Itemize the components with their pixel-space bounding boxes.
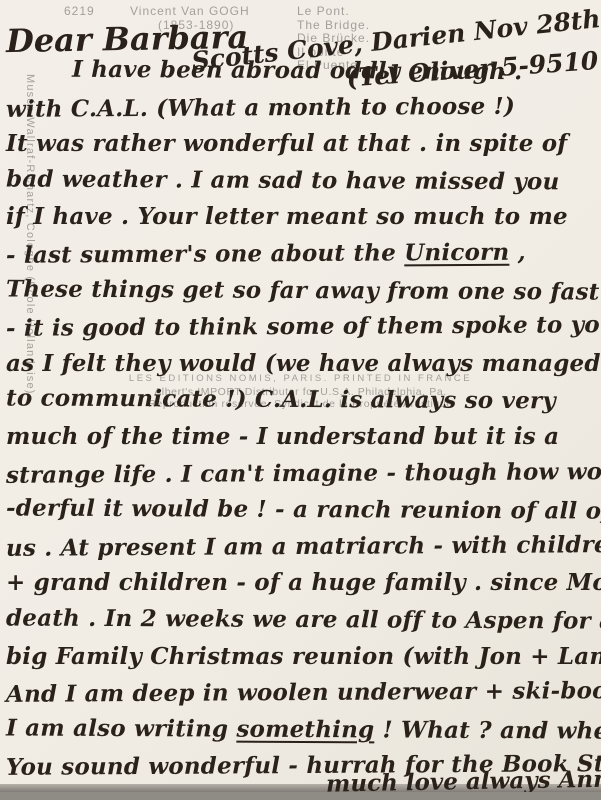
letter-line: I have been abroad oddly enough . xyxy=(6,55,600,95)
line-text: - last summer's one about the xyxy=(6,239,404,268)
line-text: ! What ? and when ? xyxy=(374,716,601,744)
catalog-number: 6219 xyxy=(64,4,95,18)
line-text: , xyxy=(509,239,526,266)
postcard-back: 6219 Vincent Van GOGH Le Pont. (1853-189… xyxy=(0,0,601,792)
letter-line: big Family Christmas reunion (with Jon +… xyxy=(6,643,600,680)
letter-line: death . In 2 weeks we are all off to Asp… xyxy=(6,604,600,644)
letter-signoff: much love always Anne xyxy=(326,765,601,792)
letter-line: -derful it would be ! - a ranch reunion … xyxy=(6,495,600,535)
letter-line: us . At present I am a matriarch - with … xyxy=(6,531,600,571)
underlined-word: Unicorn xyxy=(404,239,509,267)
letter-line: with C.A.L. (What a month to choose !) xyxy=(6,92,600,132)
line-text: I am also writing xyxy=(6,714,237,742)
letter-line: - last summer's one about the Unicorn , xyxy=(6,238,600,278)
letter-line: if I have . Your letter meant so much to… xyxy=(6,203,600,240)
letter-line: + grand children - of a huge family . si… xyxy=(6,569,600,606)
letter-line: bad weather . I am sad to have missed yo… xyxy=(6,165,600,205)
postcard-letter-scan: { "postcard_print": { "catalog_number": … xyxy=(0,0,601,800)
letter-line: much of the time - I understand but it i… xyxy=(6,423,600,460)
letter-line: as I felt they would (we have always man… xyxy=(6,350,600,387)
title-french: Le Pont. xyxy=(297,4,350,18)
underlined-word: something xyxy=(236,715,374,743)
letter-line: It was rather wonderful at that . in spi… xyxy=(6,130,600,167)
letter-line: I am also writing something ! What ? and… xyxy=(6,714,600,754)
letter-line: - it is good to think some of them spoke… xyxy=(6,311,600,351)
letter-body: I have been abroad oddly enough . with C… xyxy=(6,57,600,789)
letter-line: These things get so far away from one so… xyxy=(6,275,600,315)
letter-line: strange life . I can't imagine - though … xyxy=(6,458,600,498)
letter-line: to communicate !) C.A.L. is always so ve… xyxy=(6,385,600,425)
artist-name: Vincent Van GOGH xyxy=(130,4,250,18)
letter-line: And I am deep in woolen underwear + ski-… xyxy=(6,677,600,717)
